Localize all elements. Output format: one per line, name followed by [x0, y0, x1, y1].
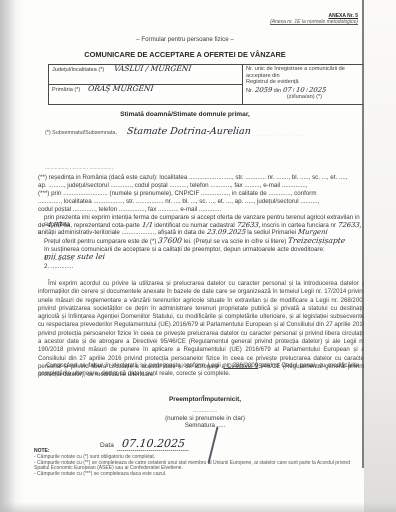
- posting-date-handwritten: 23.09.2025: [206, 229, 246, 236]
- apartment-line: ap. ........., județul/sectorul ........…: [38, 182, 364, 189]
- county-label: Județul/localitatea (*): [52, 67, 104, 73]
- penal-declaration-paragraph: Cunoscând ca falsul în declarații se ped…: [38, 362, 366, 379]
- header-table: Județul/localitatea (*) VASLUI / MURGENI…: [48, 64, 367, 105]
- offer-l3-mid: la sediul Primariei: [247, 229, 296, 236]
- doc-item-1: 1. ............;: [44, 255, 73, 262]
- scan-right-margin: [364, 0, 396, 512]
- faded-template-line: ........................................…: [45, 132, 363, 138]
- date-separator-2: /: [306, 88, 308, 94]
- signature-label: Semnatura .....: [110, 422, 300, 429]
- reg-year-handwritten: 2025: [309, 87, 327, 94]
- date-separator: /: [293, 88, 295, 94]
- date-label: Data: [100, 442, 114, 449]
- offer-l2-pre: de: [38, 222, 45, 229]
- penal-law-ref: nr. 286/2009: [223, 362, 258, 369]
- fragment-line: ................, ............. ........…: [45, 166, 245, 172]
- preemptor-label: Preemptor/Împuternicit,: [110, 396, 300, 403]
- cityhall-handwritten-value: ORAȘ MURGENI: [87, 86, 153, 93]
- din-label: din: [274, 88, 281, 94]
- registration-text-1: Nr. unic de înregistrare a comunicării d…: [246, 66, 363, 79]
- reg-day-handwritten: 07: [282, 87, 291, 94]
- price-pre: Prețul oferit pentru cumparare este de (…: [44, 238, 156, 245]
- form-page: ANEXA Nr. 5 (Anexa nr. 1E la normele met…: [0, 0, 396, 512]
- cityhall-label: Primăria (*): [52, 87, 80, 93]
- price-mid: lei. (Prețul se va scrie in cifre si lit…: [184, 238, 286, 245]
- registration-cell: Nr. unic de înregistrare a comunicării d…: [243, 65, 367, 105]
- supporting-docs-line: In susținerea comunicarii de acceptare s…: [44, 246, 366, 262]
- annex-reference: ANEXA Nr. 5 (Anexa nr. 1E la normele met…: [188, 14, 358, 26]
- representative-line: (***) prin .......................... (n…: [38, 190, 364, 197]
- doc-item-2: 2. .............: [44, 263, 73, 270]
- page-title: COMUNICARE DE ACCEPTARE A OFERTEI DE VÂN…: [0, 50, 370, 59]
- signature-dots: ..............: [110, 407, 300, 414]
- salutation: Stimată doamnă/Stimate domnule primar,: [0, 111, 370, 118]
- county-cell: Județul/localitatea (*) VASLUI / MURGENI: [49, 65, 243, 85]
- reg-month-handwritten: 10: [296, 87, 305, 94]
- land-book-handwritten: 72633,: [337, 222, 362, 229]
- penal-pre: Cunoscând ca falsul în declarații se ped…: [46, 362, 221, 369]
- notes-block: NOTE: - Câmpurile notate cu (*) sunt obl…: [34, 449, 364, 478]
- offer-l3-pre: unității administrativ-teritoriale .....…: [38, 229, 205, 236]
- note-3: - Câmpurile notate cu (***) se completea…: [34, 472, 364, 478]
- cityhall-cell: Primăria (*) ORAȘ MURGENI: [49, 85, 243, 105]
- postalcode2-line: codul poștal ............., telefon ....…: [38, 206, 364, 213]
- nr-prefix: Nr.: [246, 88, 253, 94]
- offer-l2-mid1: ha, reprezentand cota-parte: [64, 222, 140, 229]
- share-handwritten: 1/1: [141, 222, 153, 229]
- price-line: Prețul oferit pentru cumparare este de (…: [44, 237, 366, 245]
- annex-subtitle: (Anexa nr. 1E la normele metodologice): [188, 20, 358, 26]
- county-handwritten-value: VASLUI / MURGENI: [113, 66, 191, 73]
- date-format-note: (zi/luna/an) (*): [246, 94, 363, 101]
- form-type-line: – Formular pentru persoane fizice –: [0, 36, 370, 43]
- price-value-handwritten: 37600: [158, 237, 183, 244]
- scanned-document: ANEXA Nr. 5 (Anexa nr. 1E la normele met…: [0, 0, 396, 512]
- residence-line: (**) reședința in România (dacă este caz…: [38, 174, 364, 181]
- area-handwritten: 4,83: [46, 222, 62, 229]
- registration-number-handwritten: 2059: [254, 87, 272, 94]
- name-in-clear-label: (numele si prenumele in clar): [110, 415, 300, 422]
- locality2-line: ............., localitatea .............…: [38, 198, 364, 205]
- price-words-handwritten-1: Treizecișișapte: [288, 237, 346, 244]
- registration-text-2: Registrul de evidență: [246, 79, 363, 86]
- signature-block: Preemptor/Împuternicit, .............. (…: [110, 396, 300, 430]
